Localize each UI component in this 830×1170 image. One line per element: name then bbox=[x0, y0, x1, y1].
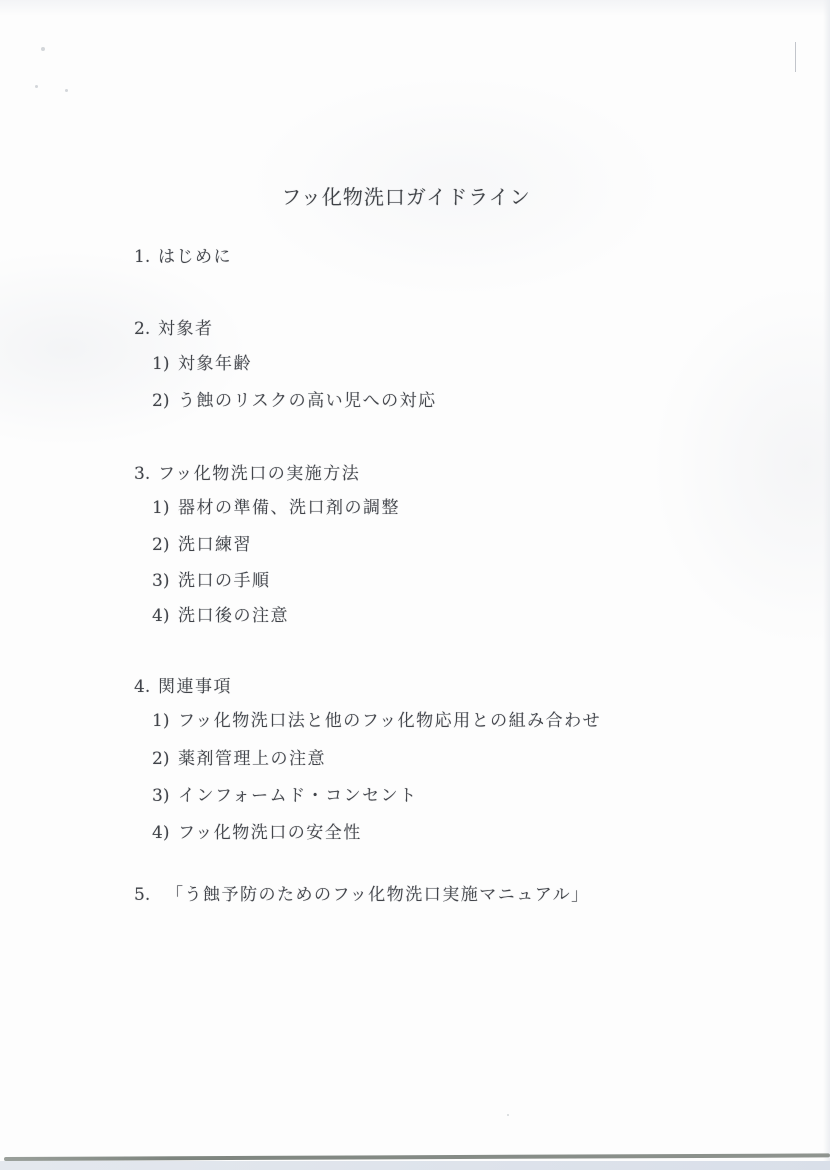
scan-speck bbox=[35, 85, 38, 88]
toc-section-1: 1. はじめに bbox=[134, 249, 232, 266]
toc-section-4: 4. 関連事項 bbox=[134, 679, 232, 696]
scan-speck bbox=[507, 1114, 509, 1116]
toc-item-2-2: 2) う蝕のリスクの高い児への対応 bbox=[152, 393, 437, 410]
toc-item-3-3: 3) 洗口の手順 bbox=[152, 573, 271, 590]
item-number: 3) bbox=[152, 788, 178, 805]
toc-item-4-3: 3) インフォームド・コンセント bbox=[152, 788, 418, 805]
section-label: はじめに bbox=[158, 249, 232, 266]
item-label: 洗口練習 bbox=[178, 537, 252, 554]
toc-section-2: 2. 対象者 bbox=[134, 321, 214, 338]
toc-section-5: 5. 「う蝕予防のためのフッ化物洗口実施マニュアル」 bbox=[134, 887, 590, 904]
item-label: 器材の準備、洗口剤の調整 bbox=[178, 500, 400, 517]
item-number: 1) bbox=[152, 500, 178, 517]
item-label: フッ化物洗口の安全性 bbox=[178, 825, 362, 842]
item-number: 2) bbox=[152, 393, 178, 410]
item-label: インフォームド・コンセント bbox=[178, 788, 418, 805]
item-label: う蝕のリスクの高い児への対応 bbox=[178, 393, 437, 410]
section-number: 1. bbox=[134, 249, 158, 266]
section-label: フッ化物洗口の実施方法 bbox=[158, 466, 360, 483]
section-label: 対象者 bbox=[158, 321, 214, 338]
scan-speck bbox=[65, 89, 68, 92]
scanned-document-page: フッ化物洗口ガイドライン 1. はじめに 2. 対象者 1) 対象年齢 2) う… bbox=[0, 0, 830, 1170]
toc-item-3-1: 1) 器材の準備、洗口剤の調整 bbox=[152, 500, 400, 517]
toc-item-2-1: 1) 対象年齢 bbox=[152, 356, 252, 373]
scan-scratch bbox=[795, 42, 796, 72]
paper-sheet bbox=[0, 0, 830, 1162]
toc-item-4-1: 1) フッ化物洗口法と他のフッ化物応用との組み合わせ bbox=[152, 713, 601, 730]
section-label: 関連事項 bbox=[158, 679, 232, 696]
scan-bottom-background bbox=[0, 1161, 830, 1170]
item-label: 対象年齢 bbox=[178, 356, 252, 373]
item-number: 4) bbox=[152, 825, 178, 842]
section-number: 3. bbox=[134, 466, 158, 483]
toc-section-3: 3. フッ化物洗口の実施方法 bbox=[134, 466, 360, 483]
section-number: 4. bbox=[134, 679, 158, 696]
toc-item-4-4: 4) フッ化物洗口の安全性 bbox=[152, 825, 362, 842]
item-label: 洗口の手順 bbox=[178, 573, 271, 590]
scan-speck bbox=[41, 47, 45, 51]
section-label: 「う蝕予防のためのフッ化物洗口実施マニュアル」 bbox=[166, 887, 590, 904]
item-label: 洗口後の注意 bbox=[178, 608, 289, 625]
scan-right-edge-shadow bbox=[823, 0, 830, 1162]
toc-item-3-4: 4) 洗口後の注意 bbox=[152, 608, 289, 625]
page-title: フッ化物洗口ガイドライン bbox=[0, 181, 812, 210]
item-number: 2) bbox=[152, 751, 178, 768]
item-number: 2) bbox=[152, 537, 178, 554]
section-number: 2. bbox=[134, 321, 158, 338]
item-number: 4) bbox=[152, 608, 178, 625]
item-number: 3) bbox=[152, 573, 178, 590]
toc-item-4-2: 2) 薬剤管理上の注意 bbox=[152, 751, 326, 768]
item-number: 1) bbox=[152, 356, 178, 373]
toc-item-3-2: 2) 洗口練習 bbox=[152, 537, 252, 554]
item-label: フッ化物洗口法と他のフッ化物応用との組み合わせ bbox=[178, 713, 601, 730]
item-number: 1) bbox=[152, 713, 178, 730]
item-label: 薬剤管理上の注意 bbox=[178, 751, 326, 768]
section-number: 5. bbox=[134, 887, 166, 904]
